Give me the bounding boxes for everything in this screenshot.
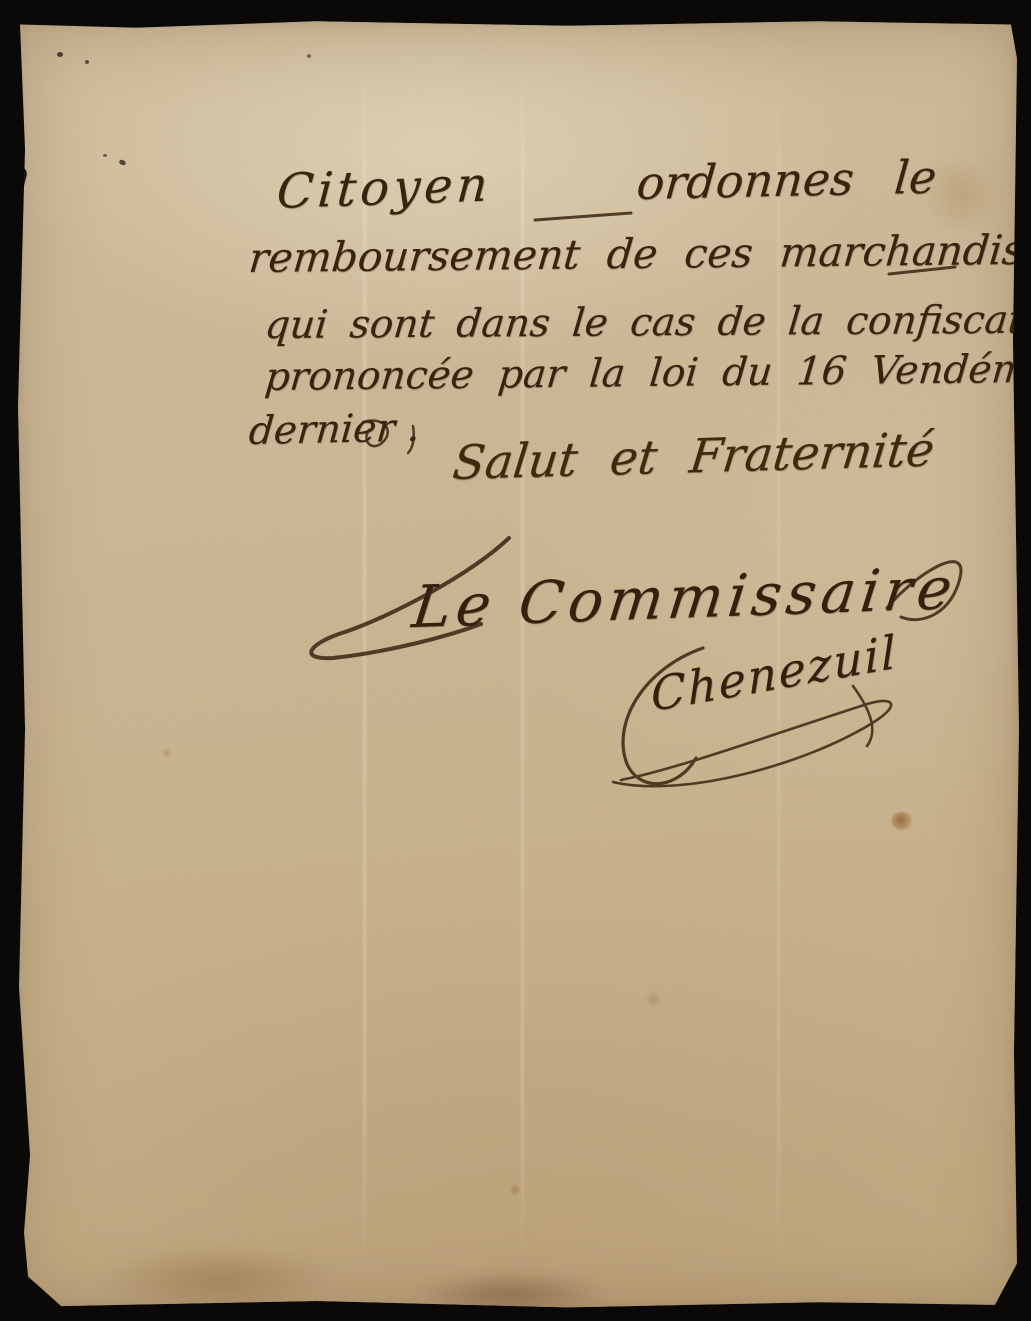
signature: Chenezuil xyxy=(650,628,898,718)
ink-speck xyxy=(85,60,89,64)
manuscript-paper: Citoyen ordonnes le remboursement de ces… xyxy=(15,20,1019,1310)
stain xyxy=(161,748,172,758)
letter-line-salutation: Citoyen xyxy=(275,160,493,216)
signature-tail xyxy=(853,686,872,746)
letter-line-5: dernier . xyxy=(247,408,421,451)
scan-background: Citoyen ordonnes le remboursement de ces… xyxy=(0,0,1031,1321)
baseline-dash xyxy=(535,213,631,220)
ink-speck xyxy=(307,54,311,58)
stain xyxy=(105,1246,335,1312)
letter-line-2: remboursement de ces marchandises xyxy=(247,229,1031,279)
closing-salutation: Salut et Fraternité xyxy=(450,426,936,487)
edge-tear xyxy=(8,165,29,197)
stain xyxy=(645,992,661,1006)
ink-speck xyxy=(118,159,126,166)
signoff-title: Le Commissaire xyxy=(409,559,960,636)
stain xyxy=(415,1272,605,1316)
foxing-stain xyxy=(891,812,913,830)
letter-line-1b: ordonnes le xyxy=(635,154,938,206)
ink-speck xyxy=(103,154,107,157)
stain xyxy=(509,1184,521,1195)
letter-line-4: prononcée par la loi du 16 Vendémiaire xyxy=(263,349,1031,397)
letter-line-3: qui sont dans le cas de la confiscation xyxy=(263,300,1031,345)
ink-speck xyxy=(57,52,63,57)
